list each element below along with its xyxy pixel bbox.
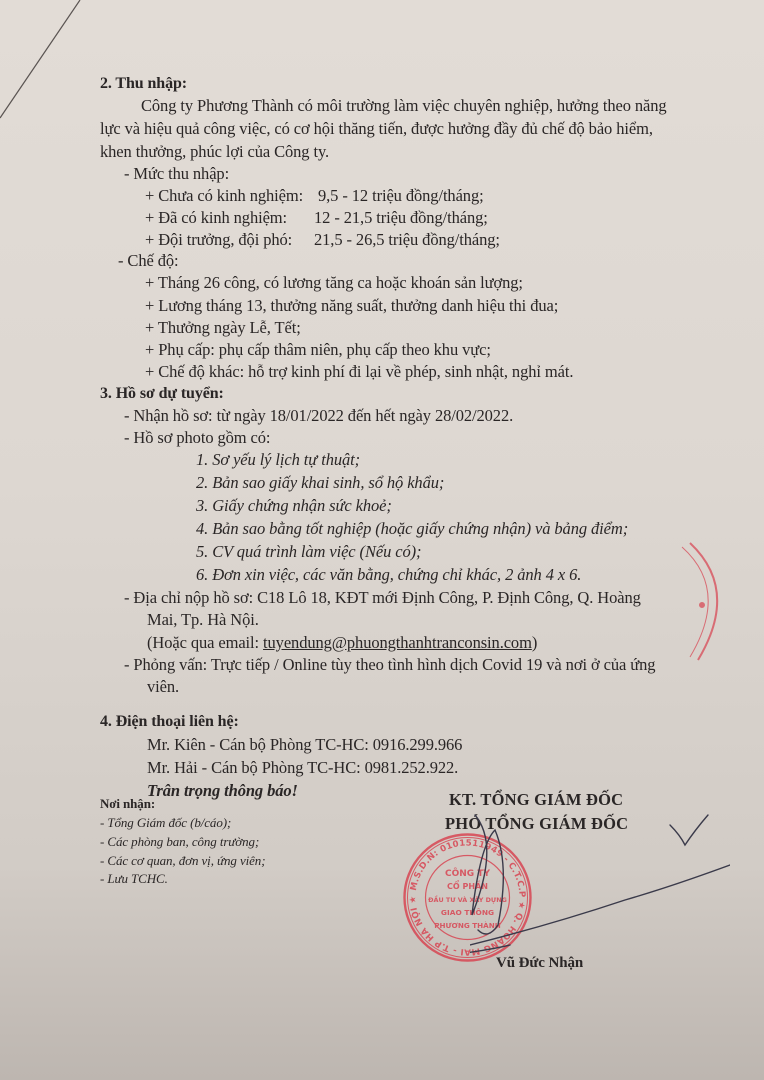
section-3-heading: 3. Hồ sơ dự tuyển:	[100, 384, 224, 404]
address-line: Mai, Tp. Hà Nội.	[147, 610, 259, 630]
closing-text: Trân trọng thông báo!	[147, 781, 298, 801]
document-item: 2. Bản sao giấy khai sinh, sổ hộ khẩu;	[196, 473, 444, 493]
email-prefix: (Hoặc qua email:	[147, 633, 263, 652]
recipient-item: - Các cơ quan, đơn vị, ứng viên;	[100, 852, 265, 869]
contact-line: Mr. Kiên - Cán bộ Phòng TC-HC: 0916.299.…	[147, 735, 462, 755]
income-label: - Mức thu nhập:	[124, 164, 229, 184]
section-2-paragraph-line: Công ty Phương Thành có môi trường làm v…	[141, 96, 667, 116]
document-item: 1. Sơ yếu lý lịch tự thuật;	[196, 450, 360, 470]
benefits-label: - Chế độ:	[118, 251, 179, 271]
partial-stamp-edge	[680, 535, 764, 665]
section-4-heading: 4. Điện thoại liên hệ:	[100, 712, 239, 732]
email-suffix: )	[532, 633, 537, 652]
section-2-paragraph-line: lực và hiệu quả công việc, có cơ hội thă…	[100, 119, 653, 139]
benefit-item: + Chế độ khác: hỗ trợ kinh phí đi lại về…	[145, 362, 573, 382]
contact-line: Mr. Hải - Cán bộ Phòng TC-HC: 0981.252.9…	[147, 758, 458, 778]
benefit-item: + Tháng 26 công, có lương tăng ca hoặc k…	[145, 273, 523, 293]
benefit-item: + Lương tháng 13, thưởng năng suất, thưở…	[145, 296, 558, 316]
income-item-label: + Đội trưởng, đội phó:	[145, 230, 292, 250]
email-link[interactable]: tuyendung@phuongthanhtranconsin.com	[263, 633, 532, 652]
receive-dates: - Nhận hồ sơ: từ ngày 18/01/2022 đến hết…	[124, 406, 513, 426]
recipients-heading: Nơi nhận:	[100, 795, 155, 812]
recipient-item: - Các phòng ban, công trường;	[100, 833, 259, 850]
interview-line: viên.	[147, 677, 179, 697]
income-item-value: 9,5 - 12 triệu đồng/tháng;	[318, 186, 484, 206]
documents-label: - Hồ sơ photo gồm có:	[124, 428, 270, 448]
interview-line: - Phỏng vấn: Trực tiếp / Online tùy theo…	[124, 655, 655, 675]
section-2-heading: 2. Thu nhập:	[100, 74, 187, 94]
document-item: 4. Bản sao bằng tốt nghiệp (hoặc giấy ch…	[196, 519, 628, 539]
benefit-item: + Phụ cấp: phụ cấp thâm niên, phụ cấp th…	[145, 340, 491, 360]
document-item: 6. Đơn xin việc, các văn bằng, chứng chỉ…	[196, 565, 581, 585]
handwritten-signature	[470, 805, 730, 985]
recipient-item: - Lưu TCHC.	[100, 870, 168, 887]
income-item-value: 21,5 - 26,5 triệu đồng/tháng;	[314, 230, 500, 250]
address-line: - Địa chỉ nộp hồ sơ: C18 Lô 18, KĐT mới …	[124, 588, 641, 608]
income-item-value: 12 - 21,5 triệu đồng/tháng;	[314, 208, 488, 228]
email-line: (Hoặc qua email: tuyendung@phuongthanhtr…	[147, 633, 537, 653]
benefit-item: + Thưởng ngày Lễ, Tết;	[145, 318, 301, 338]
document-item: 3. Giấy chứng nhận sức khoẻ;	[196, 496, 392, 516]
recipient-item: - Tổng Giám đốc (b/cáo);	[100, 814, 231, 831]
income-item-label: + Đã có kinh nghiệm:	[145, 208, 287, 228]
income-item-label: + Chưa có kinh nghiệm:	[145, 186, 303, 206]
section-2-paragraph-line: khen thưởng, phúc lợi của Công ty.	[100, 142, 329, 162]
document-item: 5. CV quá trình làm việc (Nếu có);	[196, 542, 421, 562]
